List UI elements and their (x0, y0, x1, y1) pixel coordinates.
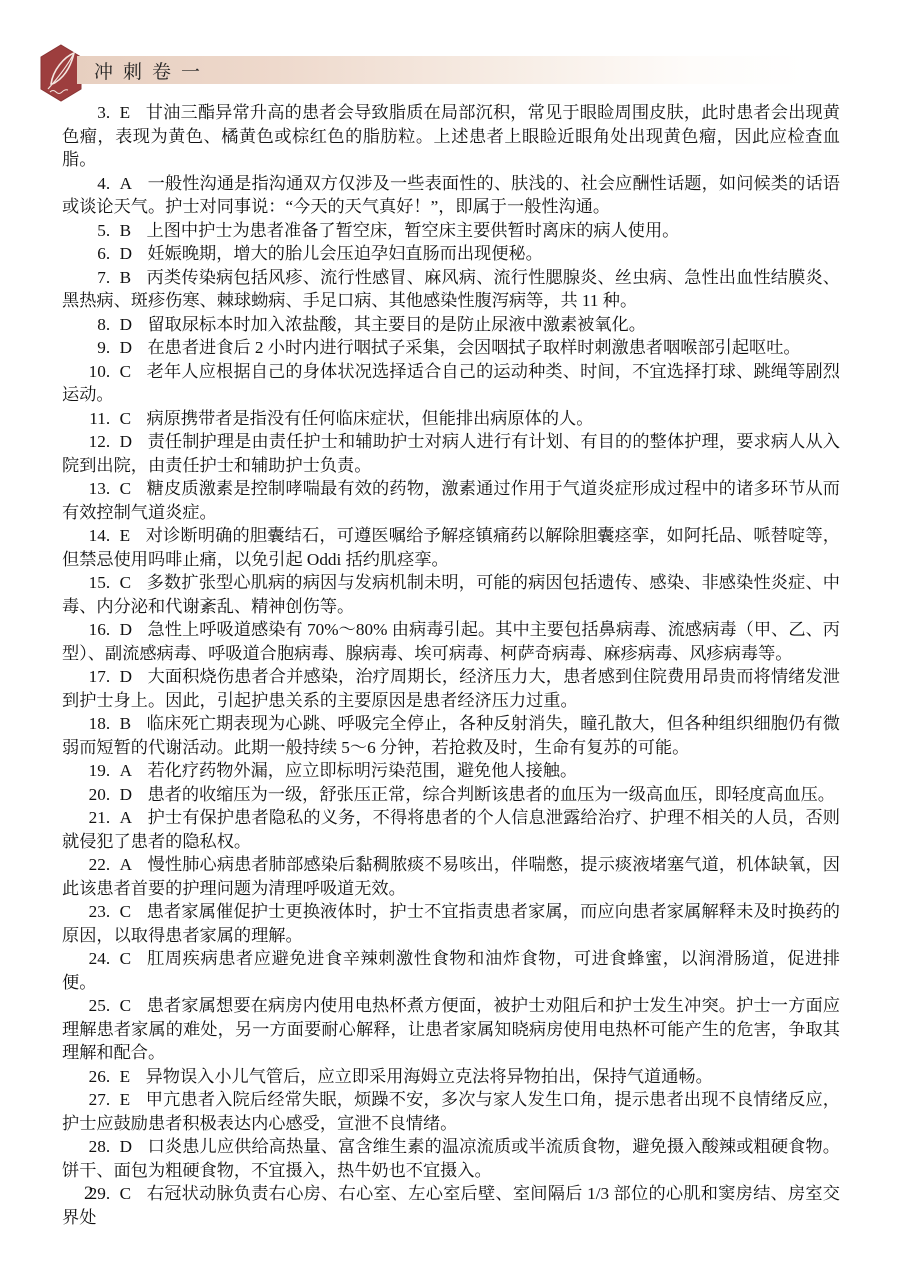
item-explanation: 若化疗药物外漏，应立即标明污染范围，避免他人接触。 (147, 761, 577, 780)
item-number: 24. (81, 947, 110, 971)
answer-item: 19.A若化疗药物外漏，应立即标明污染范围，避免他人接触。 (62, 759, 840, 783)
item-explanation: 一般性沟通是指沟通双方仅涉及一些表面性的、肤浅的、社会应酬性话题，如问候类的话语… (62, 174, 840, 217)
answer-item: 7.B丙类传染病包括风疹、流行性感冒、麻风病、流行性腮腺炎、丝虫病、急性出血性结… (62, 266, 840, 313)
answer-item: 5.B上图中护士为患者准备了暂空床，暂空床主要供暂时离床的病人使用。 (62, 219, 840, 243)
item-number: 10. (81, 360, 110, 384)
item-explanation: 责任制护理是由责任护士和辅助护士对病人进行有计划、有目的的整体护理，要求病人从入… (62, 432, 840, 475)
item-answer-letter: E (120, 103, 131, 122)
item-explanation: 糖皮质激素是控制哮喘最有效的药物，激素通过作用于气道炎症形成过程中的诸多环节从而… (62, 479, 840, 522)
item-explanation: 临床死亡期表现为心跳、呼吸完全停止，各种反射消失，瞳孔散大，但各种组织细胞仍有微… (62, 714, 840, 757)
item-number: 25. (81, 994, 110, 1018)
item-answer-letter: B (120, 268, 131, 287)
item-explanation: 患者家属催促护士更换液体时，护士不宜指责患者家属，而应向患者家属解释未及时换药的… (62, 902, 840, 945)
header-bar: 冲刺卷一 (77, 56, 869, 84)
answer-item: 21.A护士有保护患者隐私的义务，不得将患者的个人信息泄露给治疗、护理不相关的人… (62, 806, 840, 853)
answer-item: 9.D在患者进食后 2 小时内进行咽拭子采集，会因咽拭子取样时刺激患者咽喉部引起… (62, 336, 840, 360)
item-explanation: 甲亢患者入院后经常失眠，烦躁不安，多次与家人发生口角，提示患者出现不良情绪反应，… (62, 1090, 840, 1133)
item-explanation: 患者的收缩压为一级，舒张压正常，综合判断该患者的血压为一级高血压，即轻度高血压。 (147, 785, 835, 804)
item-explanation: 在患者进食后 2 小时内进行咽拭子采集，会因咽拭子取样时刺激患者咽喉部引起呕吐。 (147, 338, 800, 357)
answer-item: 10.C老年人应根据自己的身体状况选择适合自己的运动种类、时间，不宜选择打球、跳… (62, 360, 840, 407)
item-number: 14. (81, 524, 110, 548)
item-number: 9. (81, 336, 110, 360)
item-answer-letter: C (120, 573, 131, 592)
item-number: 26. (81, 1065, 110, 1089)
item-explanation: 丙类传染病包括风疹、流行性感冒、麻风病、流行性腮腺炎、丝虫病、急性出血性结膜炎、… (62, 268, 840, 311)
item-explanation: 病原携带者是指没有任何临床症状，但能排出病原体的人。 (147, 409, 594, 428)
answer-item: 18.B临床死亡期表现为心跳、呼吸完全停止，各种反射消失，瞳孔散大，但各种组织细… (62, 712, 840, 759)
answer-item: 29.C右冠状动脉负责右心房、右心室、左心室后壁、室间隔后 1/3 部位的心肌和… (62, 1182, 840, 1229)
answer-item: 25.C患者家属想要在病房内使用电热杯煮方便面，被护士劝阻后和护士发生冲突。护士… (62, 994, 840, 1065)
item-number: 6. (81, 242, 110, 266)
item-answer-letter: C (120, 902, 131, 921)
item-number: 11. (81, 407, 110, 431)
item-number: 17. (81, 665, 110, 689)
item-answer-letter: C (120, 362, 131, 381)
answer-item: 3.E甘油三酯异常升高的患者会导致脂质在局部沉积，常见于眼睑周围皮肤，此时患者会… (62, 101, 840, 172)
item-explanation: 右冠状动脉负责右心房、右心室、左心室后壁、室间隔后 1/3 部位的心肌和窦房结、… (62, 1184, 840, 1227)
item-answer-letter: E (120, 1090, 131, 1109)
item-answer-letter: D (120, 244, 132, 263)
item-answer-letter: A (120, 808, 132, 827)
item-answer-letter: D (120, 785, 132, 804)
answer-item: 8.D留取尿标本时加入浓盐酸，其主要目的是防止尿液中激素被氧化。 (62, 313, 840, 337)
answer-list: 3.E甘油三酯异常升高的患者会导致脂质在局部沉积，常见于眼睑周围皮肤，此时患者会… (62, 101, 840, 1229)
answer-item: 15.C多数扩张型心肌病的病因与发病机制未明，可能的病因包括遗传、感染、非感染性… (62, 571, 840, 618)
item-number: 27. (81, 1088, 110, 1112)
item-number: 12. (81, 430, 110, 454)
answer-item: 26.E异物误入小儿气管后，应立即采用海姆立克法将异物拍出，保持气道通畅。 (62, 1065, 840, 1089)
item-answer-letter: D (120, 1137, 132, 1156)
answer-item: 28.D口炎患儿应供给高热量、富含维生素的温凉流质或半流质食物，避免摄入酸辣或粗… (62, 1135, 840, 1182)
answer-item: 24.C肛周疾病患者应避免进食辛辣刺激性食物和油炸食物，可进食蜂蜜，以润滑肠道，… (62, 947, 840, 994)
item-answer-letter: D (120, 667, 132, 686)
answer-item: 4.A一般性沟通是指沟通双方仅涉及一些表面性的、肤浅的、社会应酬性话题，如问候类… (62, 172, 840, 219)
item-explanation: 口炎患儿应供给高热量、富含维生素的温凉流质或半流质食物，避免摄入酸辣或粗硬食物。… (62, 1137, 840, 1180)
item-number: 3. (81, 101, 110, 125)
item-answer-letter: D (120, 338, 132, 357)
item-answer-letter: D (120, 620, 132, 639)
item-explanation: 多数扩张型心肌病的病因与发病机制未明，可能的病因包括遗传、感染、非感染性炎症、中… (62, 573, 840, 616)
item-answer-letter: B (120, 221, 131, 240)
answer-item: 14.E对诊断明确的胆囊结石，可遵医嘱给予解痉镇痛药以解除胆囊痉挛，如阿托品、哌… (62, 524, 840, 571)
item-explanation: 对诊断明确的胆囊结石，可遵医嘱给予解痉镇痛药以解除胆囊痉挛，如阿托品、哌替啶等，… (62, 526, 840, 569)
answer-item: 16.D急性上呼吸道感染有 70%～80% 由病毒引起。其中主要包括鼻病毒、流感… (62, 618, 840, 665)
item-explanation: 慢性肺心病患者肺部感染后黏稠脓痰不易咳出，伴喘憋，提示痰液堵塞气道，机体缺氧，因… (62, 855, 840, 898)
item-number: 23. (81, 900, 110, 924)
item-number: 21. (81, 806, 110, 830)
item-explanation: 患者家属想要在病房内使用电热杯煮方便面，被护士劝阻后和护士发生冲突。护士一方面应… (62, 996, 840, 1062)
item-number: 18. (81, 712, 110, 736)
page-title: 冲刺卷一 (77, 57, 210, 84)
item-explanation: 妊娠晚期，增大的胎儿会压迫孕妇直肠而出现便秘。 (147, 244, 542, 263)
item-number: 7. (81, 266, 110, 290)
item-number: 16. (81, 618, 110, 642)
item-number: 20. (81, 783, 110, 807)
item-answer-letter: C (120, 479, 131, 498)
item-number: 19. (81, 759, 110, 783)
answer-item: 12.D责任制护理是由责任护士和辅助护士对病人进行有计划、有目的的整体护理，要求… (62, 430, 840, 477)
item-explanation: 甘油三酯异常升高的患者会导致脂质在局部沉积，常见于眼睑周围皮肤，此时患者会出现黄… (62, 103, 840, 169)
answer-item: 6.D妊娠晚期，增大的胎儿会压迫孕妇直肠而出现便秘。 (62, 242, 840, 266)
item-number: 8. (81, 313, 110, 337)
answer-item: 23.C患者家属催促护士更换液体时，护士不宜指责患者家属，而应向患者家属解释未及… (62, 900, 840, 947)
item-explanation: 老年人应根据自己的身体状况选择适合自己的运动种类、时间，不宜选择打球、跳绳等剧烈… (62, 362, 840, 405)
answer-item: 11.C病原携带者是指没有任何临床症状，但能排出病原体的人。 (62, 407, 840, 431)
item-answer-letter: A (120, 855, 132, 874)
item-answer-letter: A (120, 174, 132, 193)
book-page: { "header": { "title": "冲刺卷一", "logo_col… (0, 0, 900, 1265)
answer-item: 20.D患者的收缩压为一级，舒张压正常，综合判断该患者的血压为一级高血压，即轻度… (62, 783, 840, 807)
item-explanation: 护士有保护患者隐私的义务，不得将患者的个人信息泄露给治疗、护理不相关的人员，否则… (62, 808, 840, 851)
item-answer-letter: C (120, 996, 131, 1015)
item-explanation: 肛周疾病患者应避免进食辛辣刺激性食物和油炸食物，可进食蜂蜜，以润滑肠道，促进排便… (62, 949, 840, 992)
item-explanation: 急性上呼吸道感染有 70%～80% 由病毒引起。其中主要包括鼻病毒、流感病毒（甲… (62, 620, 840, 663)
item-answer-letter: C (120, 1184, 131, 1203)
item-explanation: 上图中护士为患者准备了暂空床，暂空床主要供暂时离床的病人使用。 (147, 221, 680, 240)
answer-item: 22.A慢性肺心病患者肺部感染后黏稠脓痰不易咳出，伴喘憋，提示痰液堵塞气道，机体… (62, 853, 840, 900)
item-answer-letter: B (120, 714, 131, 733)
item-explanation: 异物误入小儿气管后，应立即采用海姆立克法将异物拍出，保持气道通畅。 (146, 1067, 713, 1086)
item-number: 4. (81, 172, 110, 196)
item-number: 28. (81, 1135, 110, 1159)
item-number: 13. (81, 477, 110, 501)
answer-item: 13.C糖皮质激素是控制哮喘最有效的药物，激素通过作用于气道炎症形成过程中的诸多… (62, 477, 840, 524)
item-answer-letter: D (120, 432, 132, 451)
item-answer-letter: E (120, 1067, 131, 1086)
item-number: 15. (81, 571, 110, 595)
answer-item: 27.E甲亢患者入院后经常失眠，烦躁不安，多次与家人发生口角，提示患者出现不良情… (62, 1088, 840, 1135)
quill-hexagon-logo-icon (40, 44, 82, 102)
item-answer-letter: C (120, 409, 131, 428)
page-number: 2 (84, 1183, 94, 1205)
item-answer-letter: C (120, 949, 131, 968)
item-answer-letter: A (120, 761, 132, 780)
item-explanation: 留取尿标本时加入浓盐酸，其主要目的是防止尿液中激素被氧化。 (147, 315, 645, 334)
item-answer-letter: E (120, 526, 131, 545)
brand-logo (40, 44, 82, 102)
answer-item: 17.D大面积烧伤患者合并感染，治疗周期长，经济压力大，患者感到住院费用昂贵而将… (62, 665, 840, 712)
item-answer-letter: D (120, 315, 132, 334)
item-number: 5. (81, 219, 110, 243)
item-explanation: 大面积烧伤患者合并感染，治疗周期长，经济压力大，患者感到住院费用昂贵而将情绪发泄… (62, 667, 840, 710)
item-number: 22. (81, 853, 110, 877)
